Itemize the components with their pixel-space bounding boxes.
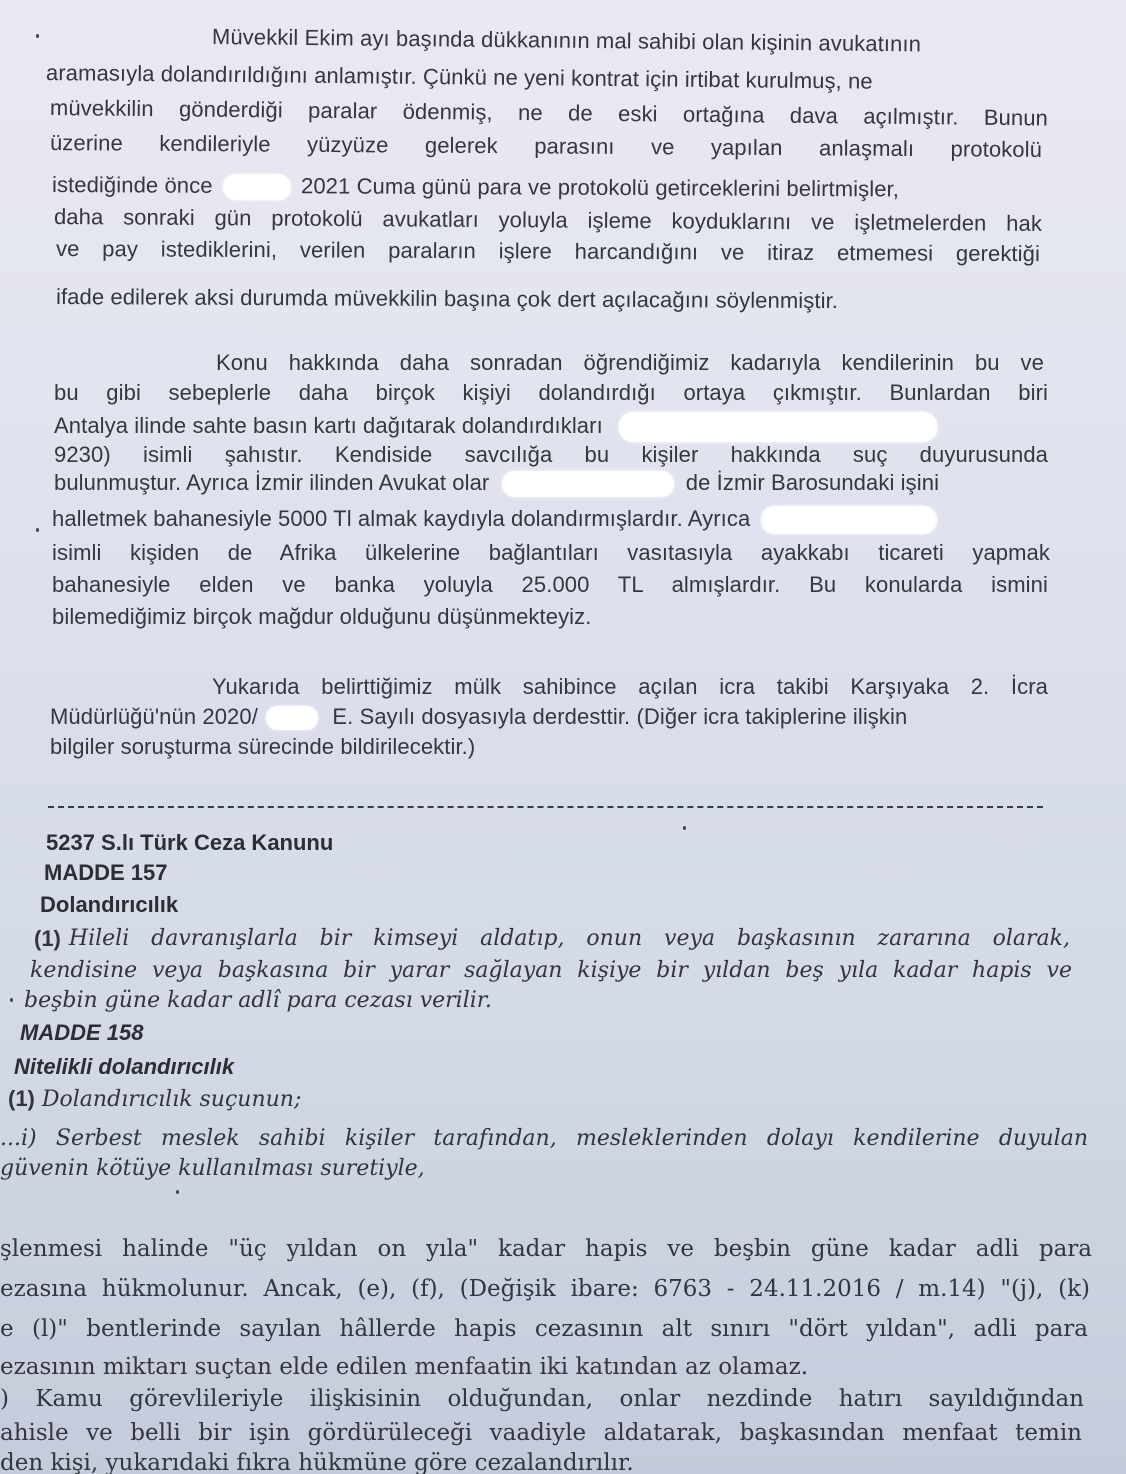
text-line-with-redaction: halletmek bahanesiyle 5000 Tl almak kayd… [52,506,1052,534]
text-line: müvekkilin gönderdiği paralar ödenmiş, n… [50,95,1048,131]
clause-number: (1) [34,926,61,952]
article-157-line: (1) Hileli davranışlarla bir kimseyi ald… [34,926,1070,952]
text-line: Yukarıda belirttiğimiz mülk sahibince aç… [212,674,1048,700]
text-line: bilgiler soruşturma sürecinde bildirilec… [50,734,475,760]
text-line: üzerine kendileriyle yüzyüze gelerek par… [50,130,1042,163]
text-line: ifade edilerek aksi durumda müvekkilin b… [56,284,838,314]
article-158-penalty-line: ezasına hükmolunur. Ancak, (e), (f), (De… [0,1276,1090,1302]
article-157-line: beşbin güne kadar adlî para cezası veril… [24,988,492,1013]
article-158-clause: (1) Dolandırıcılık suçunun; [8,1086,301,1112]
text-fragment: istediğinde önce [52,172,213,198]
text-line-with-redaction: Antalya ilinde sahte basın kartı dağıtar… [54,412,1054,442]
text-fragment: Dolandırıcılık suçunun; [42,1087,302,1112]
clause-number: (1) [8,1086,35,1111]
article-157-subheading: Dolandırıcılık [40,892,178,918]
redaction-mark [502,471,674,497]
text-line: daha sonraki gün protokolü avukatları yo… [54,204,1042,237]
law-title: 5237 S.lı Türk Ceza Kanunu [46,830,333,856]
text-line: bahanesiyle elden ve banka yoluyla 25.00… [52,572,1048,598]
article-158-penalty-line: ezasının miktarı suçtan elde edilen menf… [0,1354,808,1380]
article-158-penalty-line: den kişi, yukarıdaki fıkra hükmüne göre … [0,1450,634,1474]
dashed-separator [48,806,1043,808]
print-speck [36,528,39,532]
article-158-heading: MADDE 158 [20,1020,143,1046]
article-158-subheading: Nitelikli dolandırıcılık [14,1054,234,1080]
article-157-heading: MADDE 157 [44,860,167,886]
article-158-penalty-line: ahisle ve belli bir işin gördürüleceği v… [0,1420,1082,1446]
redaction-mark [266,706,318,730]
article-158-item: ...i) Serbest meslek sahibi kişiler tara… [0,1126,1088,1151]
article-158-penalty-line: şlenmesi halinde "üç yıldan on yıla" kad… [0,1236,1092,1262]
scanned-document-page: Müvekkil Ekim ayı başında dükkanının mal… [0,0,1126,1474]
text-fragment: 2021 Cuma günü para ve protokolü getirce… [301,173,899,201]
text-line: Müvekkil Ekim ayı başında dükkanının mal… [212,24,921,57]
print-speck [10,998,13,1002]
text-line-with-redaction: Müdürlüğü'nün 2020/ E. Sayılı dosyasıyla… [50,704,1050,730]
article-158-penalty-line: ) Kamu görevlileriyle ilişkisinin olduğu… [0,1386,1084,1412]
article-157-line: kendisine veya başkasına bir yarar sağla… [30,958,1072,983]
text-line: isimli kişiden de Afrika ülkelerine bağl… [52,540,1050,566]
text-line-with-redaction: istediğinde önce 2021 Cuma günü para ve … [52,172,1042,204]
print-speck [683,826,686,830]
article-158-item: güvenin kötüye kullanılması suretiyle, [0,1156,425,1181]
text-line-with-redaction: bulunmuştur. Ayrıca İzmir ilinden Avukat… [54,470,1050,497]
text-line: bilemediğimiz birçok mağdur olduğunu düş… [52,604,591,630]
text-line: ve pay istediklerini, verilen paraların … [56,236,1040,267]
redaction-mark [223,174,291,200]
text-line: 9230) isimli şahıstır. Kendiside savcılı… [54,442,1048,468]
text-fragment: Müdürlüğü'nün 2020/ [50,704,258,729]
text-fragment: halletmek bahanesiyle 5000 Tl almak kayd… [52,506,750,531]
text-fragment: Hileli davranışlarla bir kimseyi aldatıp… [69,926,1070,952]
text-fragment: E. Sayılı dosyasıyla derdesttir. (Diğer … [332,704,907,729]
text-line: Konu hakkında daha sonradan öğrendiğimiz… [216,350,1044,376]
text-fragment: de İzmir Barosundaki işini [686,470,939,495]
print-speck [176,1190,179,1194]
text-line: aramasıyla dolandırıldığını anlamıştır. … [46,60,1054,97]
redaction-mark [761,506,937,534]
text-fragment: Antalya ilinde sahte basın kartı dağıtar… [54,413,603,438]
article-158-penalty-line: e (l)" bentlerinde sayılan hâllerde hapi… [0,1316,1088,1342]
redaction-mark [619,412,937,442]
print-speck [36,34,39,38]
text-line: bu gibi sebeplerle daha birçok kişiyi do… [54,380,1048,406]
text-fragment: bulunmuştur. Ayrıca İzmir ilinden Avukat… [54,470,489,495]
